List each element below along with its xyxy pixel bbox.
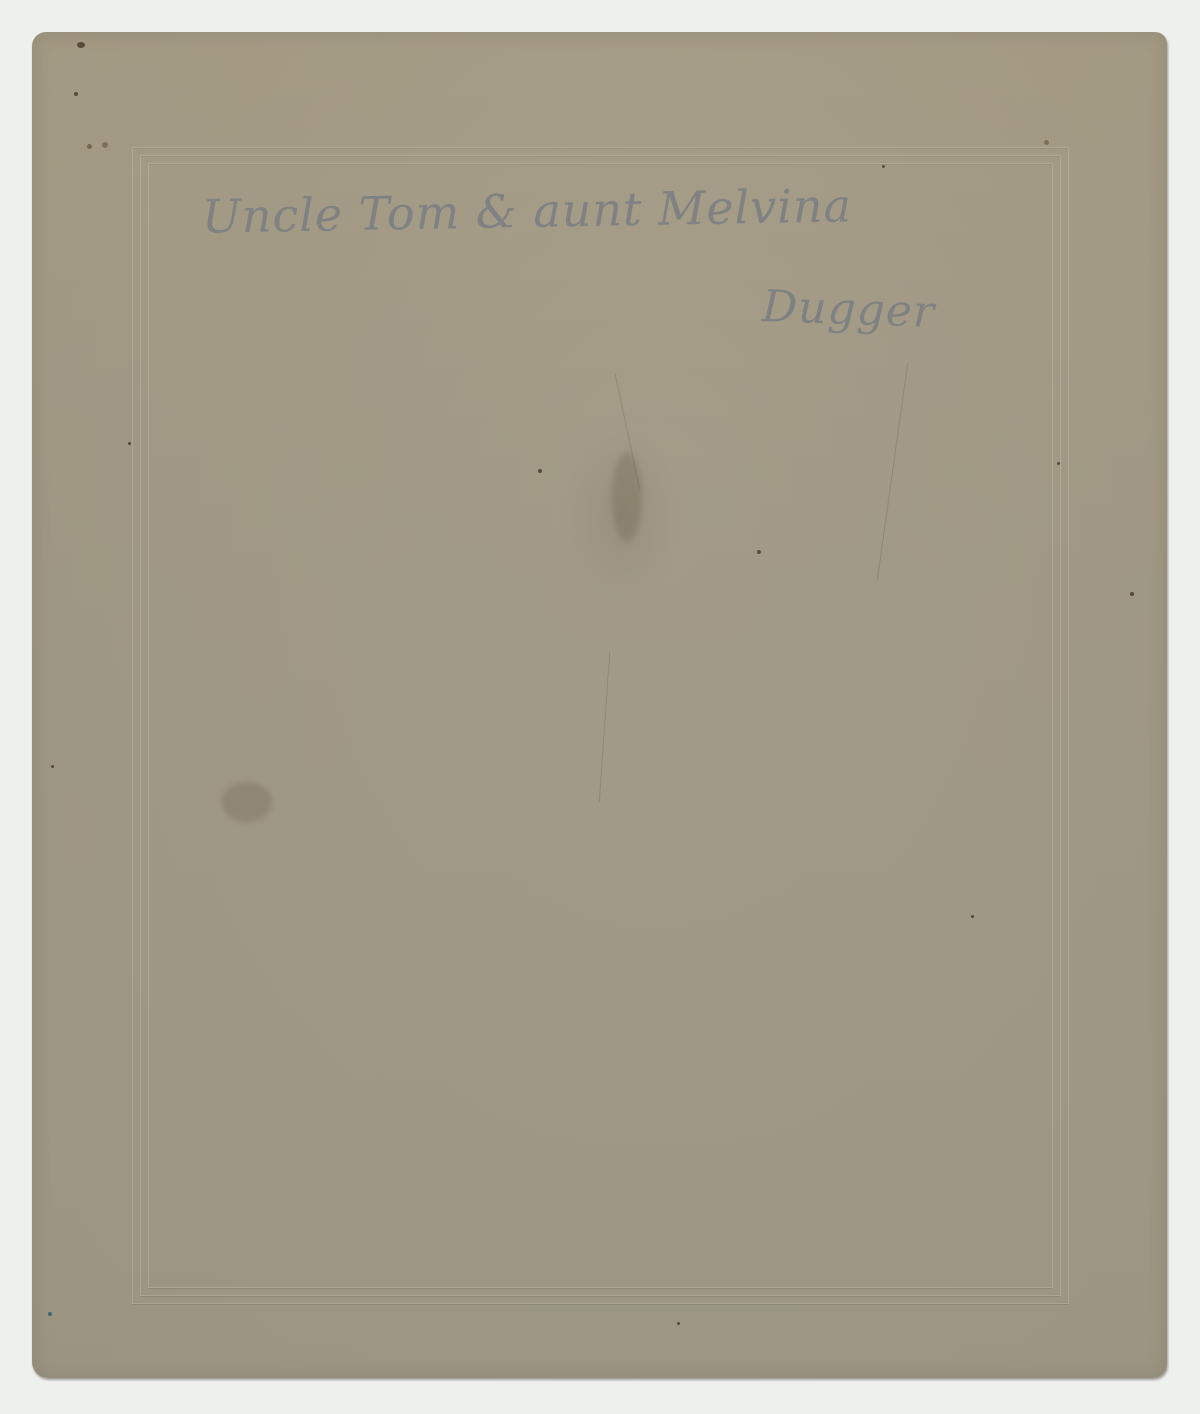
spot: [102, 142, 108, 148]
spot: [77, 42, 85, 48]
inscription-line-1: Uncle Tom & aunt Melvina: [202, 178, 853, 243]
stain: [612, 452, 642, 542]
spot: [971, 915, 974, 918]
stain: [222, 782, 272, 822]
spot: [1130, 592, 1134, 596]
spot: [757, 550, 761, 554]
spot: [51, 765, 54, 768]
spot: [87, 144, 92, 149]
spot: [677, 1322, 680, 1325]
spot: [1044, 140, 1049, 145]
spot: [128, 442, 131, 445]
spot: [74, 92, 78, 96]
spot: [882, 165, 885, 168]
spot: [48, 1312, 52, 1316]
spot: [538, 469, 542, 473]
cabinet-card-back: Uncle Tom & aunt Melvina Dugger: [32, 32, 1167, 1378]
inscription-line-2: Dugger: [761, 281, 936, 338]
spot: [1057, 462, 1060, 465]
